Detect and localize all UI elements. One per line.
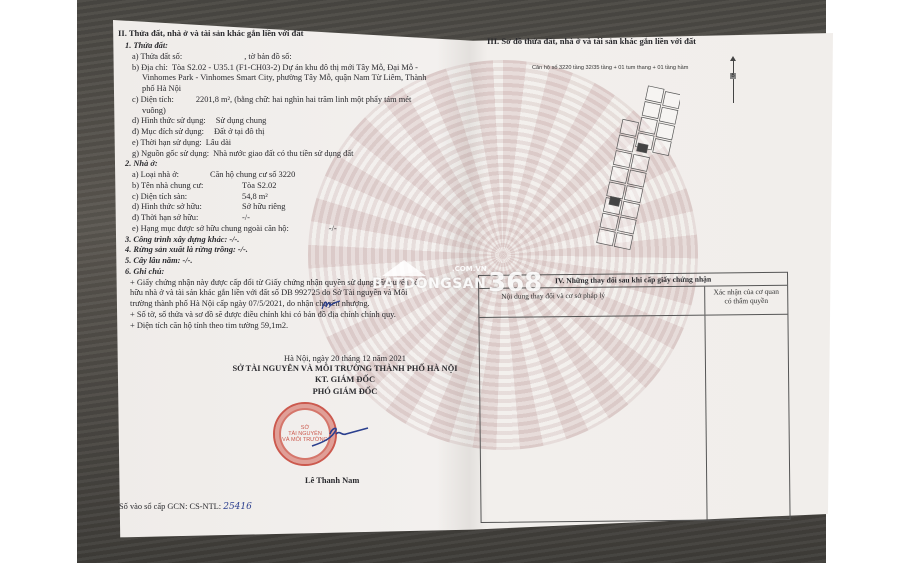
other-works: 3. Công trình xây dựng khác: -/-. [125,235,468,246]
note-1-line3: trường thành phố Hà Nội cấp ngày 07/5/20… [130,299,468,310]
house-type-row: a) Loại nhà ở: Căn hộ chung cư số 3220 [132,170,468,181]
area-value: 2201,8 m², (bằng chữ: hai nghìn hai trăm… [196,95,411,106]
house-roof-icon [382,260,426,276]
floor-area-value: 54,8 m² [242,192,268,203]
building-label: b) Tên nhà chung cư: [132,181,232,192]
note-3: + Diện tích căn hộ tính theo tim tường 5… [130,321,468,332]
signature-block: Hà Nội, ngày 20 tháng 12 năm 2021 SỞ TÀI… [210,354,480,397]
purpose-label: đ) Mục đích sử dụng: [132,127,204,138]
initials-signature-icon [320,298,342,312]
watermark-tld: .COM.VN [452,265,487,273]
building-row: b) Tên nhà chung cư: Tòa S2.02 [132,181,468,192]
ownership-row: d) Hình thức sở hữu: Sở hữu riêng [132,202,468,213]
purpose-value: Đất ở tại đô thị [214,127,264,138]
building-value: Tòa S2.02 [242,181,276,192]
registration-label: Số vào sổ cấp GCN: CS-NTL: [119,502,221,511]
own-term-row: đ) Thời hạn sở hữu: -/- [132,213,468,224]
plot-number-row: a) Thửa đất số: , tờ bản đồ số: [132,52,468,63]
floor-plan-caption: Căn hộ số 3220 tầng 32/35 tầng + 01 tum … [532,65,688,71]
area-value-cont: vuông) [142,106,468,117]
north-label: B [730,73,736,79]
address-row: b) Địa chỉ: Tòa S2.02 - U35.1 (F1-CH03-2… [132,63,468,74]
changes-table: IV. Những thay đổi sau khi cấp giấy chứn… [478,272,791,523]
registration-number-row: Số vào sổ cấp GCN: CS-NTL: 25416 [119,502,252,512]
section-iii-title: III. Sơ đồ thửa đất, nhà ở và tài sản kh… [487,36,817,46]
usage-form-value: Sử dụng chung [216,116,267,127]
on-behalf: KT. GIÁM ĐỐC [210,374,480,385]
address-label: b) Địa chỉ: [132,63,168,74]
place-date: Hà Nội, ngày 20 tháng 12 năm 2021 [210,354,480,363]
shared-label: e) Hạng mục được sở hữu chung ngoài căn … [132,224,289,235]
north-arrow-icon [730,56,736,61]
usage-form-label: d) Hình thức sử dụng: [132,116,206,127]
usage-form-row: d) Hình thức sử dụng: Sử dụng chung [132,116,468,127]
plot-number-label: a) Thửa đất số: [132,52,182,63]
signature-icon [310,424,370,450]
floor-area-label: c) Diện tích sàn: [132,192,232,203]
house-type-value: Căn hộ chung cư số 3220 [210,170,295,181]
floor-plan-diagram [590,83,680,263]
issuing-department: SỞ TÀI NGUYÊN VÀ MÔI TRƯỜNG THÀNH PHỐ HÀ… [210,363,480,374]
term-value: Lâu dài [206,138,231,149]
origin-value: Nhà nước giao đất có thu tiền sử dụng đấ… [213,149,353,160]
north-arrow-line [733,58,734,103]
map-sheet-label: , tờ bản đồ số: [244,52,291,63]
signer-name: Lê Thanh Nam [305,476,359,485]
watermark-number: 368 [488,268,542,298]
shared-value: -/- [329,224,337,235]
ownership-label: d) Hình thức sở hữu: [132,202,232,213]
area-label: c) Diện tích: [132,95,174,106]
house-title: 2. Nhà ở: [125,159,468,170]
address-line3: phố Hà Nội [142,84,468,95]
own-term-label: đ) Thời hạn sở hữu: [132,213,232,224]
authority-cell [705,315,789,520]
note-2: + Số tờ, số thửa và sơ đồ sẽ được điều c… [130,310,468,321]
origin-label: g) Nguồn gốc sử dụng: [132,149,209,160]
registration-number: 25416 [223,502,252,512]
house-type-label: a) Loại nhà ở: [132,170,200,181]
signer-position: PHÓ GIÁM ĐỐC [210,386,480,397]
right-page: III. Sơ đồ thửa đất, nhà ở và tài sản kh… [487,36,817,48]
address-line1: Tòa S2.02 - U35.1 (F1-CH03-2) Dự án khu … [172,63,418,74]
area-row: c) Diện tích: 2201,8 m², (bằng chữ: hai … [132,95,468,106]
term-label: e) Thời hạn sử dụng: [132,138,202,149]
change-content-cell [479,316,707,522]
land-title: 1. Thửa đất: [125,41,468,52]
changes-table-body [479,315,789,522]
watermark-brand: BATDONGSAN [372,276,486,292]
forest: 4. Rừng sản xuất là rừng trồng: -/-. [125,245,468,256]
floor-area-row: c) Diện tích sàn: 54,8 m² [132,192,468,203]
purpose-row: đ) Mục đích sử dụng: Đất ở tại đô thị [132,127,468,138]
address-line2: Vinhomes Park - Vinhomes Smart City, phư… [142,73,468,84]
own-term-value: -/- [242,213,250,224]
shared-row: e) Hạng mục được sở hữu chung ngoài căn … [132,224,468,235]
col-authority-confirmation: Xác nhận của cơ quan có thẩm quyền [705,286,787,315]
ownership-value: Sở hữu riêng [242,202,285,213]
origin-row: g) Nguồn gốc sử dụng: Nhà nước giao đất … [132,149,468,160]
section-ii-title: II. Thửa đất, nhà ở và tài sản khác gắn … [118,28,468,39]
term-row: e) Thời hạn sử dụng: Lâu dài [132,138,468,149]
col-authority-line2: có thẩm quyền [705,297,787,307]
